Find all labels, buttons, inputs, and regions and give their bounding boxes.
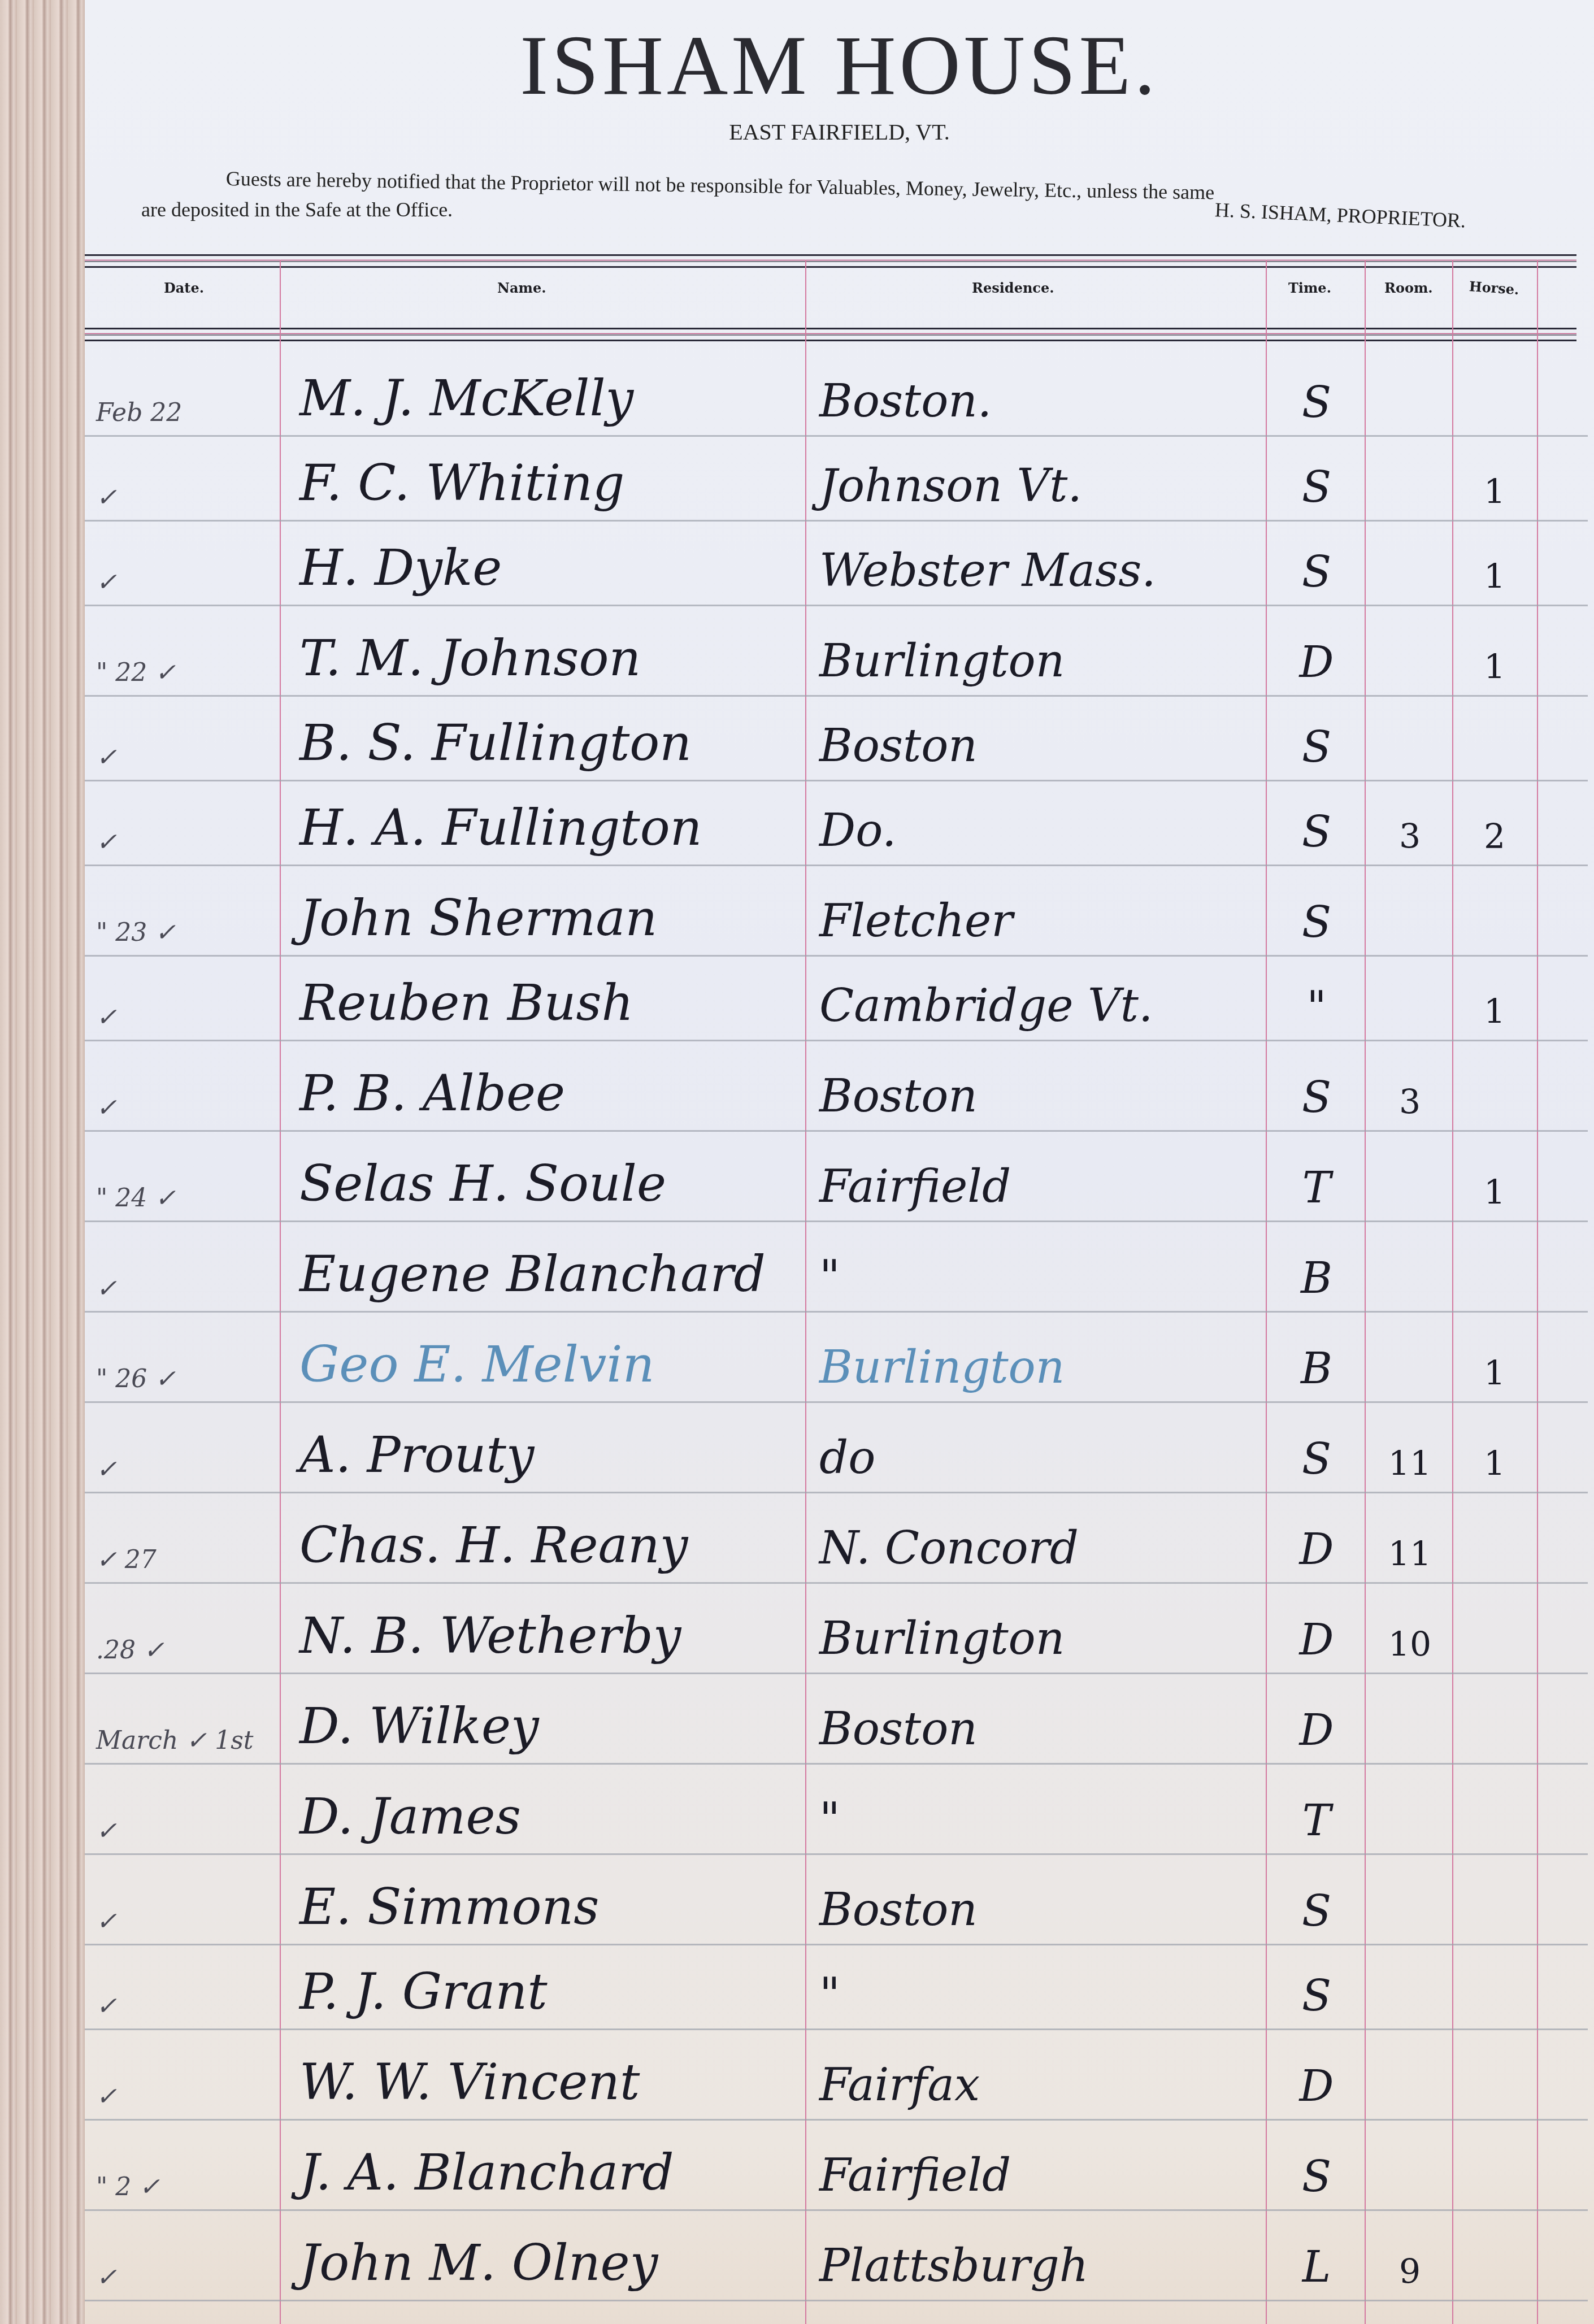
register-entry-row: ✓W. W. VincentFairfaxD	[85, 2034, 1588, 2119]
ruled-line	[85, 2119, 1588, 2121]
ruled-line	[85, 1582, 1588, 1584]
arrival-time-code: D	[1271, 1614, 1362, 1665]
guest-name: H. A. Fullington	[299, 798, 808, 857]
column-header-row: Date. Name. Residence. Time. Room. Horse…	[85, 266, 1576, 322]
room-number: 10	[1367, 1625, 1452, 1665]
arrival-time-code: S	[1271, 1072, 1362, 1122]
ruled-line	[85, 1401, 1588, 1403]
arrival-time-code: S	[1271, 1886, 1362, 1936]
room-number: 9	[1367, 2252, 1452, 2292]
arrival-time-code: B	[1271, 1343, 1362, 1393]
horse-count: 1	[1452, 648, 1537, 687]
guest-name: T. M. Johnson	[299, 629, 808, 687]
entry-date: ✓	[96, 568, 283, 597]
entry-date: ✓	[96, 1817, 283, 1845]
arrival-time-code: S	[1271, 806, 1362, 857]
guest-name: Selas H. Soule	[299, 1154, 808, 1213]
guest-residence: Burlington	[819, 635, 1328, 687]
entry-date: ✓	[96, 2082, 283, 2111]
guest-residence: Fairfax	[819, 2058, 1328, 2111]
room-number: 11	[1367, 1535, 1452, 1574]
entry-date: ✓	[96, 743, 283, 772]
entry-date: March ✓ 1st	[96, 1726, 283, 1755]
guest-residence: Boston.	[819, 375, 1328, 427]
guest-name: John Sherman	[299, 889, 808, 947]
ruled-line	[85, 1673, 1588, 1674]
ruled-line	[85, 865, 1588, 866]
register-entry-row: " 26 ✓Geo E. MelvinBurlingtonB1	[85, 1317, 1588, 1401]
entry-date: " 24 ✓	[96, 1184, 283, 1213]
guest-name: D. Wilkey	[299, 1697, 808, 1755]
book-binding-page-edges	[0, 0, 88, 2324]
guest-name: B. S. Fullington	[299, 714, 808, 772]
entry-date: ✓	[96, 1274, 283, 1303]
register-entry-row: ✓D. James"T	[85, 1769, 1588, 1853]
guest-name: H. Dyke	[299, 538, 808, 597]
register-entry-row: ✓ 27Chas. H. ReanyN. ConcordD11	[85, 1497, 1588, 1582]
entry-date: ✓	[96, 2263, 283, 2292]
guest-residence: "	[819, 1793, 1328, 1845]
arrival-time-code: S	[1271, 897, 1362, 947]
horse-count: 1	[1452, 1173, 1537, 1213]
register-page: ISHAM HOUSE. EAST FAIRFIELD, VT. Guests …	[85, 0, 1594, 2324]
arrival-time-code: S	[1271, 722, 1362, 772]
ruled-line	[85, 1220, 1588, 1222]
column-header-name: Name.	[497, 280, 546, 296]
guest-name: P. B. Albee	[299, 1064, 808, 1122]
arrival-time-code: D	[1271, 2061, 1362, 2111]
entry-date: ✓	[96, 1003, 283, 1032]
ruled-line	[85, 1130, 1588, 1132]
register-entry-row: " 24 ✓Selas H. SouleFairfieldT1	[85, 1136, 1588, 1220]
register-entry-row: ✓P. B. AlbeeBostonS3	[85, 1045, 1588, 1130]
entry-date: ✓ 27	[96, 1545, 283, 1574]
column-header-residence: Residence.	[972, 280, 1054, 296]
register-entry-row: .28 ✓N. B. WetherbyBurlingtonD10	[85, 1588, 1588, 1673]
guest-residence: "	[819, 1968, 1328, 2021]
horse-count: 1	[1452, 992, 1537, 1032]
arrival-time-code: B	[1271, 1253, 1362, 1303]
arrival-time-code: S	[1271, 377, 1362, 427]
room-number: 3	[1367, 1083, 1452, 1122]
guest-residence: Boston	[819, 1070, 1328, 1122]
horse-count: 1	[1452, 472, 1537, 512]
register-entry-row: March ✓ 1stD. WilkeyBostonD	[85, 1678, 1588, 1763]
register-entry-row: Feb 22M. J. McKellyBoston.S	[85, 350, 1588, 435]
register-entry-row: " 22 ✓T. M. JohnsonBurlingtonD1	[85, 610, 1588, 695]
guest-name: M. J. McKelly	[299, 369, 808, 427]
entry-date: " 26 ✓	[96, 1365, 283, 1393]
register-entry-row: ✓F. C. WhitingJohnson Vt.S1	[85, 435, 1588, 520]
arrival-time-code: "	[1271, 981, 1362, 1032]
register-entry-row: " 2 ✓J. A. BlanchardFairfieldS	[85, 2125, 1588, 2209]
guest-residence: Johnson Vt.	[819, 459, 1328, 512]
register-entry-row: ✓H. A. FullingtonDo.S32	[85, 780, 1588, 865]
entry-date: Feb 22	[96, 398, 283, 427]
page-title: ISHAM HOUSE.	[85, 17, 1594, 114]
register-entry-row: ✓Reuben BushCambridge Vt."1	[85, 955, 1588, 1040]
guest-name: P. J. Grant	[299, 1962, 808, 2021]
guest-residence: Boston	[819, 1702, 1328, 1755]
entry-date: ✓	[96, 1455, 283, 1484]
horse-count: 1	[1452, 557, 1537, 597]
column-header-horse: Horse.	[1469, 278, 1519, 298]
guest-residence: Boston	[819, 1883, 1328, 1936]
register-entry-row: ✓B. S. FullingtonBostonS	[85, 695, 1588, 780]
guest-residence: Do.	[819, 804, 1328, 857]
arrival-time-code: S	[1271, 1970, 1362, 2021]
guest-residence: Burlington	[819, 1341, 1328, 1393]
register-entry-row: ✓John M. OlneyPlattsburghL9	[85, 2215, 1588, 2300]
guest-residence: Boston	[819, 719, 1328, 772]
guest-name: A. Prouty	[299, 1426, 808, 1484]
arrival-time-code: D	[1271, 637, 1362, 687]
entry-date: ✓	[96, 1907, 283, 1936]
register-entry-row: ✓Eugene Blanchard"B	[85, 1226, 1588, 1311]
notice-line-2: are deposited in the Safe at the Office.	[141, 198, 453, 221]
horse-count: 1	[1452, 1354, 1537, 1393]
entry-date: " 23 ✓	[96, 918, 283, 947]
guest-name: John M. Olney	[299, 2234, 808, 2292]
guest-name: N. B. Wetherby	[299, 1606, 808, 1665]
register-entry-row: " 23 ✓John ShermanFletcherS	[85, 870, 1588, 955]
entry-date: ✓	[96, 1992, 283, 2021]
ruled-line	[85, 2028, 1588, 2030]
entry-date: " 2 ✓	[96, 2173, 283, 2201]
proprietor-signature: H. S. ISHAM, PROPRIETOR.	[1214, 198, 1466, 232]
guest-residence: do	[819, 1431, 1328, 1484]
entry-date: ✓	[96, 1093, 283, 1122]
guest-residence: Fairfield	[819, 1160, 1328, 1213]
guest-name: D. James	[299, 1787, 808, 1845]
register-entry-row: ✓H. DykeWebster Mass.S1	[85, 520, 1588, 605]
guest-residence: Fletcher	[819, 894, 1328, 947]
arrival-time-code: D	[1271, 1705, 1362, 1755]
guest-name: J. A. Blanchard	[299, 2143, 808, 2201]
arrival-time-code: S	[1271, 2151, 1362, 2201]
guest-name: Reuben Bush	[299, 974, 808, 1032]
guest-name: F. C. Whiting	[299, 454, 808, 512]
guest-residence: Webster Mass.	[819, 544, 1328, 597]
ruled-line	[85, 1492, 1588, 1493]
ruled-line	[85, 605, 1588, 606]
entry-date: ✓	[96, 828, 283, 857]
register-entry-row: ✓P. J. Grant"S	[85, 1944, 1588, 2028]
register-entry-row: ✓E. SimmonsBostonS	[85, 1859, 1588, 1944]
guest-name: W. W. Vincent	[299, 2053, 808, 2111]
location-subtitle: EAST FAIRFIELD, VT.	[85, 119, 1594, 145]
ruled-line	[85, 1311, 1588, 1313]
register-entry-row: ✓A. ProutydoS111	[85, 1407, 1588, 1492]
guest-residence: Burlington	[819, 1612, 1328, 1665]
guest-residence: Plattsburgh	[819, 2239, 1328, 2292]
ruled-line	[85, 2300, 1588, 2301]
entry-date: .28 ✓	[96, 1636, 283, 1665]
arrival-time-code: D	[1271, 1524, 1362, 1574]
guest-name: E. Simmons	[299, 1878, 808, 1936]
room-number: 3	[1367, 817, 1452, 857]
arrival-time-code: S	[1271, 546, 1362, 597]
guest-residence: Fairfield	[819, 2149, 1328, 2201]
ruled-line	[85, 1040, 1588, 1041]
column-header-room: Room.	[1384, 280, 1433, 296]
guest-name: Geo E. Melvin	[299, 1335, 808, 1393]
entry-date: ✓	[96, 483, 283, 512]
guest-residence: Cambridge Vt.	[819, 979, 1328, 1032]
guest-name: Chas. H. Reany	[299, 1516, 808, 1574]
arrival-time-code: S	[1271, 462, 1362, 512]
ruled-line	[85, 1853, 1588, 1855]
header-bottom-rule	[85, 328, 1576, 341]
horse-count: 2	[1452, 817, 1537, 857]
column-header-time: Time.	[1288, 280, 1331, 296]
guest-residence: "	[819, 1250, 1328, 1303]
column-header-date: Date.	[164, 280, 204, 296]
room-number: 11	[1367, 1444, 1452, 1484]
horse-count: 1	[1452, 1444, 1537, 1484]
arrival-time-code: L	[1271, 2242, 1362, 2292]
guest-name: Eugene Blanchard	[299, 1245, 808, 1303]
arrival-time-code: T	[1271, 1795, 1362, 1845]
arrival-time-code: S	[1271, 1434, 1362, 1484]
ruled-line	[85, 2209, 1588, 2211]
ruled-line	[85, 1763, 1588, 1765]
arrival-time-code: T	[1271, 1162, 1362, 1213]
entry-date: " 22 ✓	[96, 658, 283, 687]
guest-residence: N. Concord	[819, 1522, 1328, 1574]
